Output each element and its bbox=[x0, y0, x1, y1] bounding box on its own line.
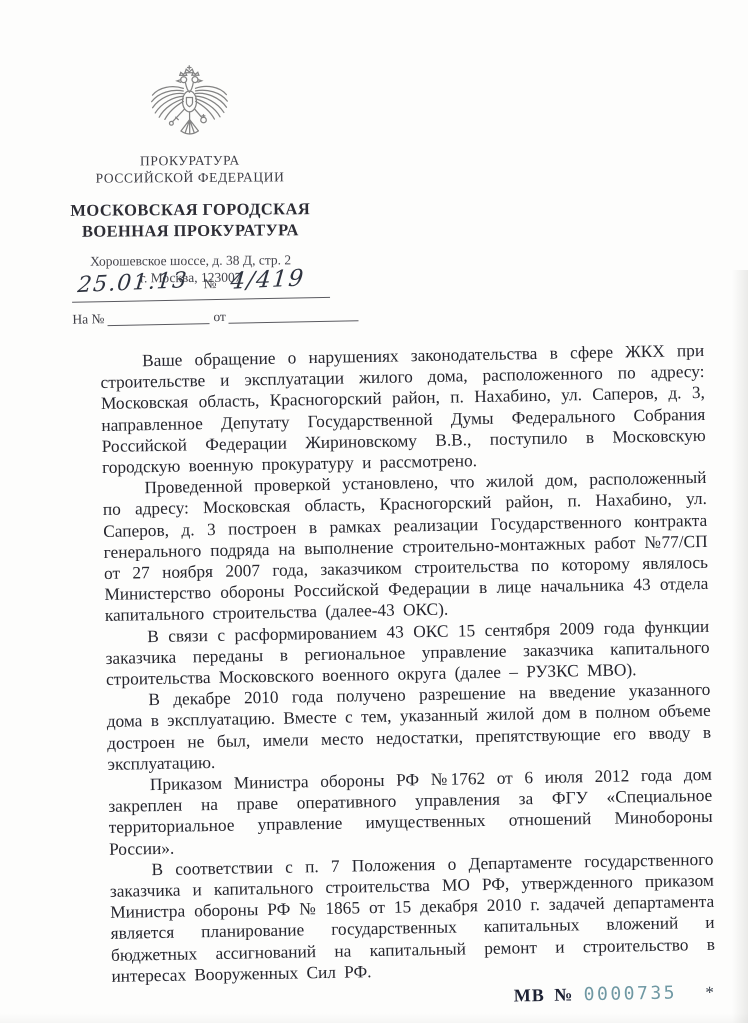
incoming-reference-line: На № от bbox=[72, 306, 362, 328]
org-name-line2: ВОЕННАЯ ПРОКУРАТУРА bbox=[56, 219, 324, 242]
stamp-number: 0000735 bbox=[583, 983, 677, 1006]
org-name-block: МОСКОВСКАЯ ГОРОДСКАЯ ВОЕННАЯ ПРОКУРАТУРА bbox=[56, 198, 324, 242]
parent-org-line1: ПРОКУРАТУРА bbox=[56, 151, 324, 170]
letterhead: ПРОКУРАТУРА РОССИЙСКОЙ ФЕДЕРАЦИИ МОСКОВС… bbox=[55, 63, 325, 287]
stamp-star-mark: * bbox=[705, 983, 714, 1002]
paragraph-commissioning: В декабре 2010 года получено разрешение … bbox=[106, 679, 711, 775]
number-sign: № bbox=[204, 276, 217, 292]
incoming-number-blank bbox=[107, 310, 209, 326]
stamp-series: МВ № bbox=[514, 985, 574, 1006]
letter-body: Ваше обращение о нарушениях законодатель… bbox=[100, 340, 716, 1014]
parent-org-line2: РОССИЙСКОЙ ФЕДЕРАЦИИ bbox=[56, 168, 324, 187]
scan-bottom-shade bbox=[0, 1013, 748, 1023]
reference-block: 25.01.13 № 4/419 На № от bbox=[71, 265, 362, 328]
parent-org-block: ПРОКУРАТУРА РОССИЙСКОЙ ФЕДЕРАЦИИ bbox=[56, 151, 324, 187]
paragraph-regulation-p7: В соответствии с п. 7 Положения о Департ… bbox=[109, 849, 715, 987]
outgoing-number-line: 25.01.13 № 4/419 bbox=[71, 266, 330, 303]
paragraph-appeal: Ваше обращение о нарушениях законодатель… bbox=[100, 340, 706, 478]
scan-edge-shadow bbox=[732, 270, 748, 1023]
form-number-stamp: МВ № 0000735 * bbox=[112, 982, 716, 1014]
paragraph-order-1762: Приказом Министра обороны РФ №1762 от 6 … bbox=[108, 764, 713, 860]
paragraph-inspection: Проведенной проверкой установлено, что ж… bbox=[102, 467, 709, 626]
org-name-line1: МОСКОВСКАЯ ГОРОДСКАЯ bbox=[56, 198, 324, 221]
handwritten-number: 4/419 bbox=[229, 265, 305, 294]
from-label: от bbox=[213, 309, 226, 325]
incoming-number-label: На № bbox=[72, 311, 104, 328]
russia-coat-of-arms-icon bbox=[145, 64, 234, 145]
paragraph-oks-disband: В связи с расформированием 43 ОКС 15 сен… bbox=[105, 616, 710, 691]
handwritten-date: 25.01.13 bbox=[76, 268, 189, 298]
scanned-letter-page: ПРОКУРАТУРА РОССИЙСКОЙ ФЕДЕРАЦИИ МОСКОВС… bbox=[0, 0, 748, 1023]
from-date-blank bbox=[229, 307, 359, 323]
